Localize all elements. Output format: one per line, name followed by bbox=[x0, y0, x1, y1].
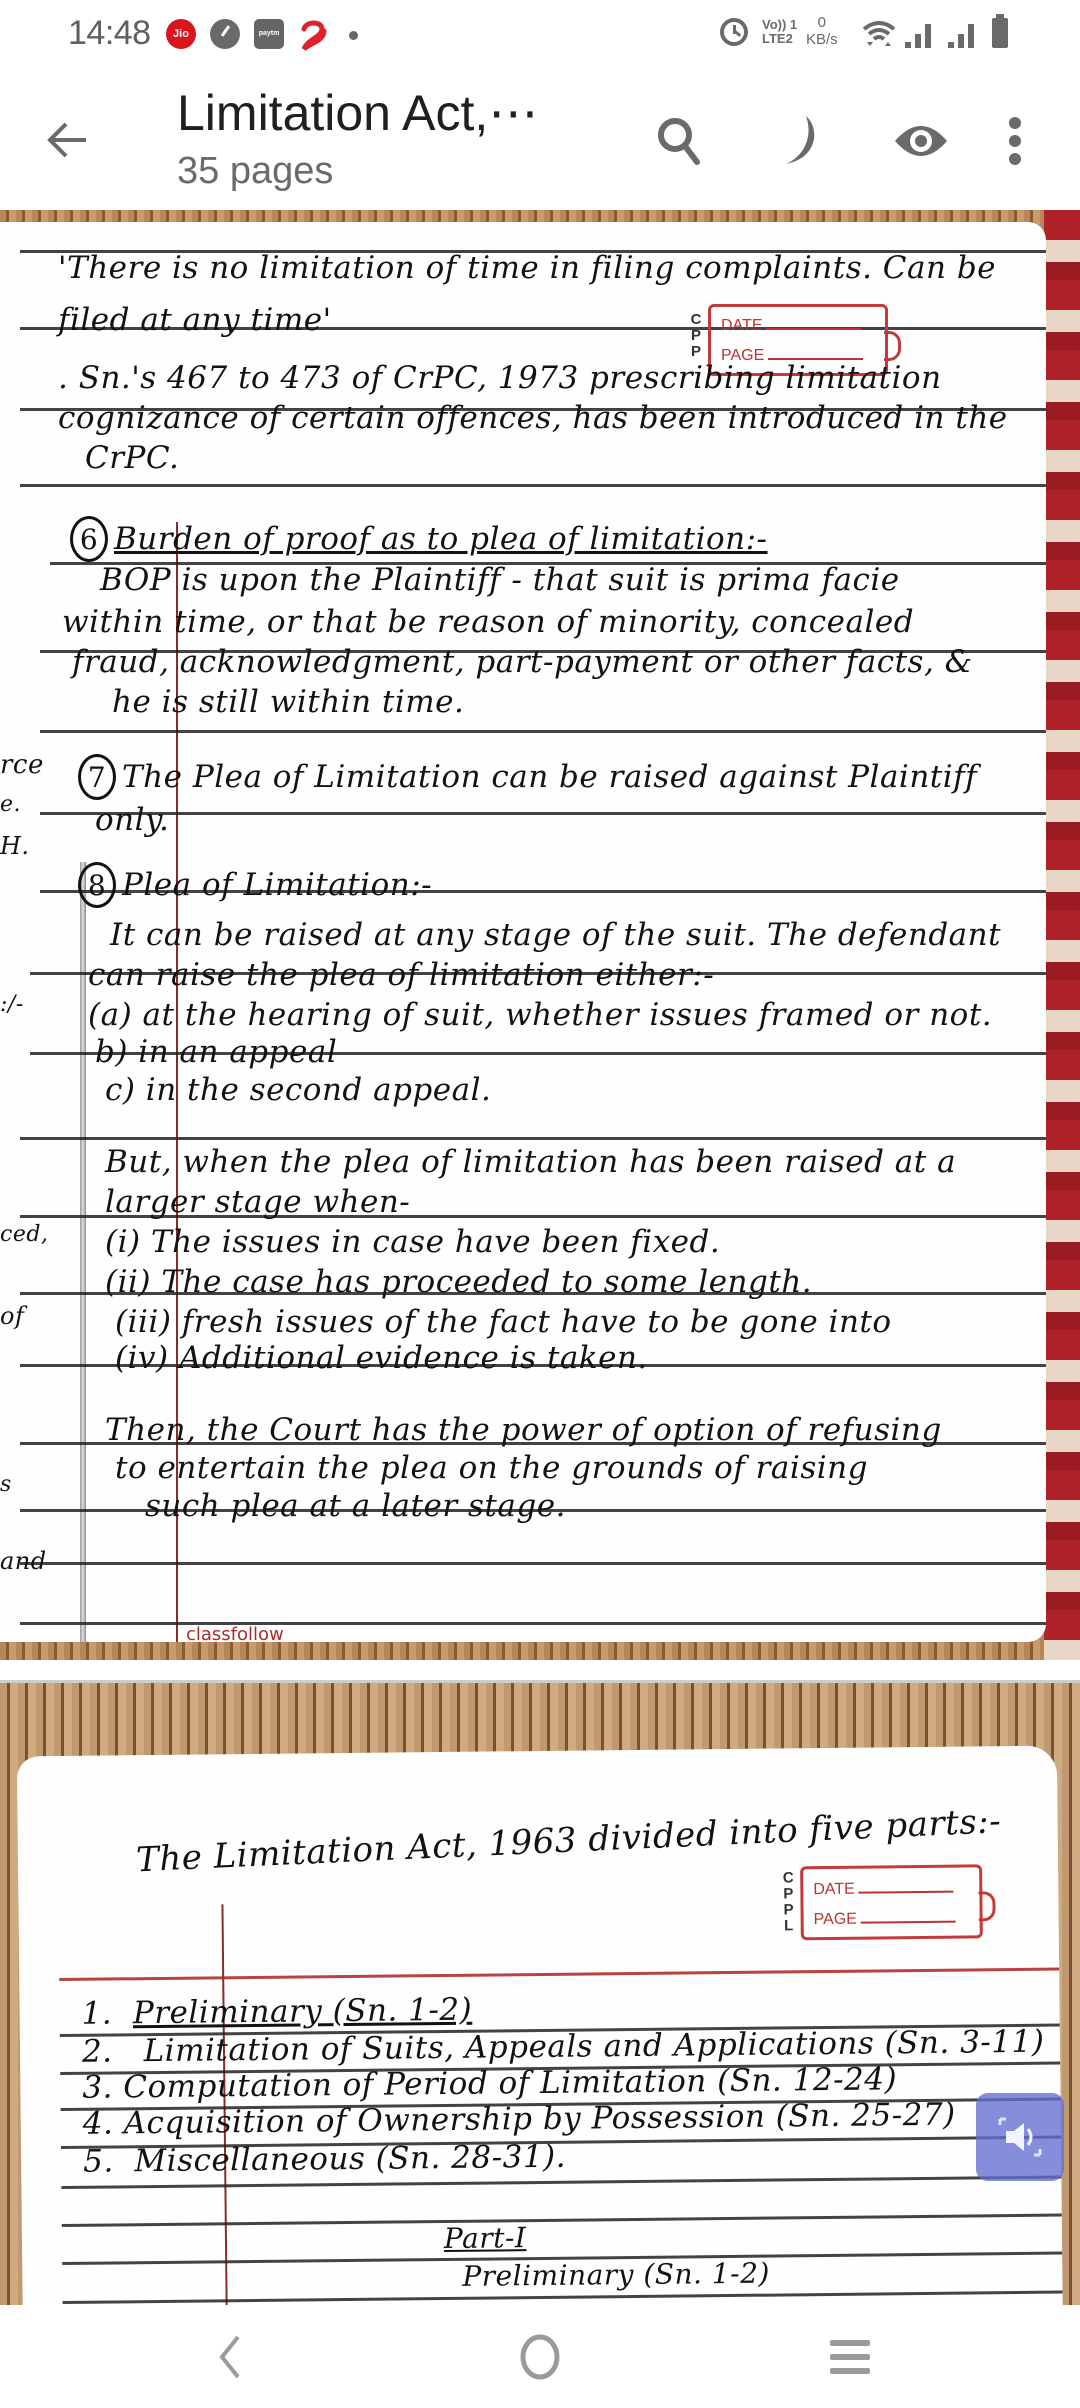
document-page-1: rce e. H. :/- ced, of s and 'There is no… bbox=[0, 210, 1080, 1660]
margin-fragment: H. bbox=[0, 832, 30, 860]
part-item: 4. Acquisition of Ownership by Possessio… bbox=[83, 2097, 956, 2142]
note-line: c) in the second appeal. bbox=[105, 1072, 491, 1108]
section-heading-6: 6Burden of proof as to plea of limitatio… bbox=[70, 516, 768, 562]
reading-mode-button[interactable] bbox=[886, 106, 956, 176]
notebook-sheet: The Limitation Act, 1963 divided into fi… bbox=[17, 1746, 1063, 2305]
part-item: 1. Preliminary (Sn. 1-2) bbox=[81, 1992, 472, 2032]
status-bar: 14:48 Jio paytm Vo)) 1 LTE2 0 KB/s bbox=[0, 0, 1080, 72]
note-line: (ii) The case has proceeded to some leng… bbox=[105, 1264, 812, 1300]
part-subtitle: Preliminary (Sn. 1-2) bbox=[462, 2257, 770, 2293]
note-line: . Sn.'s 467 to 473 of CrPC, 1973 prescri… bbox=[58, 360, 942, 396]
margin-fragment: e. bbox=[0, 792, 21, 817]
home-circle-icon bbox=[520, 2334, 560, 2380]
note-line: BOP is upon the Plaintiff - that suit is… bbox=[100, 562, 900, 598]
margin-fragment: of bbox=[0, 1302, 24, 1330]
document-title: Limitation Act,⋯ bbox=[177, 84, 538, 142]
signal-sim1-icon bbox=[905, 22, 935, 48]
note-line: CrPC. bbox=[85, 440, 179, 476]
note-line: (iii) fresh issues of the fact have to b… bbox=[115, 1304, 892, 1340]
nav-back-button[interactable] bbox=[190, 2327, 270, 2387]
date-page-stamp: DATE PAGE bbox=[800, 1864, 983, 1940]
note-line: within time, or that be reason of minori… bbox=[62, 604, 914, 640]
notebook-binding bbox=[80, 862, 86, 1642]
note-line: (i) The issues in case have been fixed. bbox=[105, 1224, 720, 1260]
stamp-brand-letters: CPPL bbox=[782, 1870, 795, 1934]
note-line: b) in an appeal bbox=[95, 1034, 337, 1070]
search-icon bbox=[655, 115, 705, 167]
page-count: 35 pages bbox=[177, 150, 333, 193]
note-line: (iv) Additional evidence is taken. bbox=[115, 1340, 648, 1376]
note-line: only. bbox=[95, 802, 169, 838]
arrow-left-icon bbox=[46, 120, 90, 160]
status-time: 14:48 bbox=[68, 14, 151, 53]
network-speed-value: 0 bbox=[806, 14, 838, 31]
app-bar: Limitation Act,⋯ 35 pages bbox=[0, 72, 1080, 210]
stamp-brand-letters: CPP bbox=[690, 312, 702, 360]
battery-icon bbox=[992, 18, 1008, 48]
document-viewport[interactable]: rce e. H. :/- ced, of s and 'There is no… bbox=[0, 210, 1080, 2305]
note-line: Then, the Court has the power of option … bbox=[105, 1412, 942, 1448]
chevron-left-icon bbox=[218, 2335, 242, 2379]
notebook-sheet: rce e. H. :/- ced, of s and 'There is no… bbox=[0, 222, 1046, 1642]
navigation-bar bbox=[0, 2305, 1080, 2408]
notebook-brand: classfollow bbox=[186, 1624, 284, 1645]
document-page-2: The Limitation Act, 1963 divided into fi… bbox=[0, 1683, 1080, 2305]
alarm-icon bbox=[720, 18, 748, 46]
margin-fragment: and bbox=[0, 1547, 47, 1575]
jio-icon: Jio bbox=[166, 19, 196, 49]
note-line: to entertain the plea on the grounds of … bbox=[115, 1450, 868, 1486]
margin-fragment: ced, bbox=[0, 1222, 48, 1247]
search-button[interactable] bbox=[645, 106, 715, 176]
moon-icon bbox=[778, 114, 822, 168]
note-line: (a) at the hearing of suit, whether issu… bbox=[88, 997, 992, 1033]
circled-number: 7 bbox=[78, 754, 116, 800]
note-line: filed at any time' bbox=[58, 302, 332, 338]
part-item: 5. Miscellaneous (Sn. 28-31). bbox=[83, 2139, 566, 2180]
fabric-edge bbox=[1044, 210, 1080, 1660]
nav-recents-button[interactable] bbox=[810, 2327, 890, 2387]
volte-icon: Vo)) 1 LTE2 bbox=[762, 18, 797, 58]
stamp-date-label: DATE bbox=[721, 317, 762, 334]
eye-icon bbox=[893, 121, 949, 161]
network-speed-unit: KB/s bbox=[806, 31, 838, 48]
parts-list: 1. Preliminary (Sn. 1-2) 2. Limitation o… bbox=[17, 1746, 1057, 1757]
section-heading-7: 7The Plea of Limitation can be raised ag… bbox=[78, 754, 977, 800]
more-options-button[interactable] bbox=[990, 106, 1040, 176]
wifi-icon bbox=[862, 20, 896, 46]
section-heading-8: 8Plea of Limitation:- bbox=[78, 862, 432, 908]
read-aloud-button[interactable] bbox=[976, 2093, 1064, 2181]
note-line: 'There is no limitation of time in filin… bbox=[58, 250, 996, 286]
note-line: such plea at a later stage. bbox=[145, 1488, 566, 1524]
note-line: larger stage when- bbox=[105, 1184, 410, 1220]
note-line: fraud, acknowledgment, part-payment or o… bbox=[72, 644, 973, 680]
airtel-icon bbox=[298, 19, 328, 49]
note-line: It can be raised at any stage of the sui… bbox=[110, 917, 1001, 953]
volte-line2: LTE2 bbox=[762, 32, 797, 46]
night-mode-button[interactable] bbox=[765, 106, 835, 176]
note-line: But, when the plea of limitation has bee… bbox=[105, 1144, 956, 1180]
note-line: he is still within time. bbox=[112, 684, 464, 720]
speaker-icon bbox=[996, 2115, 1044, 2159]
nav-home-button[interactable] bbox=[500, 2327, 580, 2387]
part-title: Part-I bbox=[444, 2221, 527, 2255]
circled-number: 8 bbox=[78, 862, 116, 908]
page-separator bbox=[0, 1660, 1080, 1683]
back-button[interactable] bbox=[40, 112, 96, 168]
stamp-page-label: PAGE bbox=[814, 1911, 857, 1928]
margin-fragment: :/- bbox=[0, 992, 24, 1017]
speedometer-icon bbox=[210, 19, 240, 49]
more-notifications-dot-icon bbox=[349, 31, 358, 40]
margin-fragment: s bbox=[0, 1472, 12, 1497]
signal-sim2-icon bbox=[948, 22, 978, 48]
note-line: cognizance of certain offences, has been… bbox=[58, 400, 1008, 436]
recents-icon bbox=[828, 2337, 872, 2377]
more-vertical-icon bbox=[1008, 116, 1022, 166]
circled-number: 6 bbox=[70, 516, 108, 562]
note-line: can raise the plea of limitation either:… bbox=[88, 957, 714, 993]
network-speed: 0 KB/s bbox=[806, 14, 838, 54]
paytm-icon: paytm bbox=[254, 19, 284, 49]
margin-fragment: rce bbox=[0, 750, 44, 780]
stamp-date-label: DATE bbox=[813, 1881, 855, 1898]
volte-line1: Vo)) 1 bbox=[762, 18, 797, 32]
